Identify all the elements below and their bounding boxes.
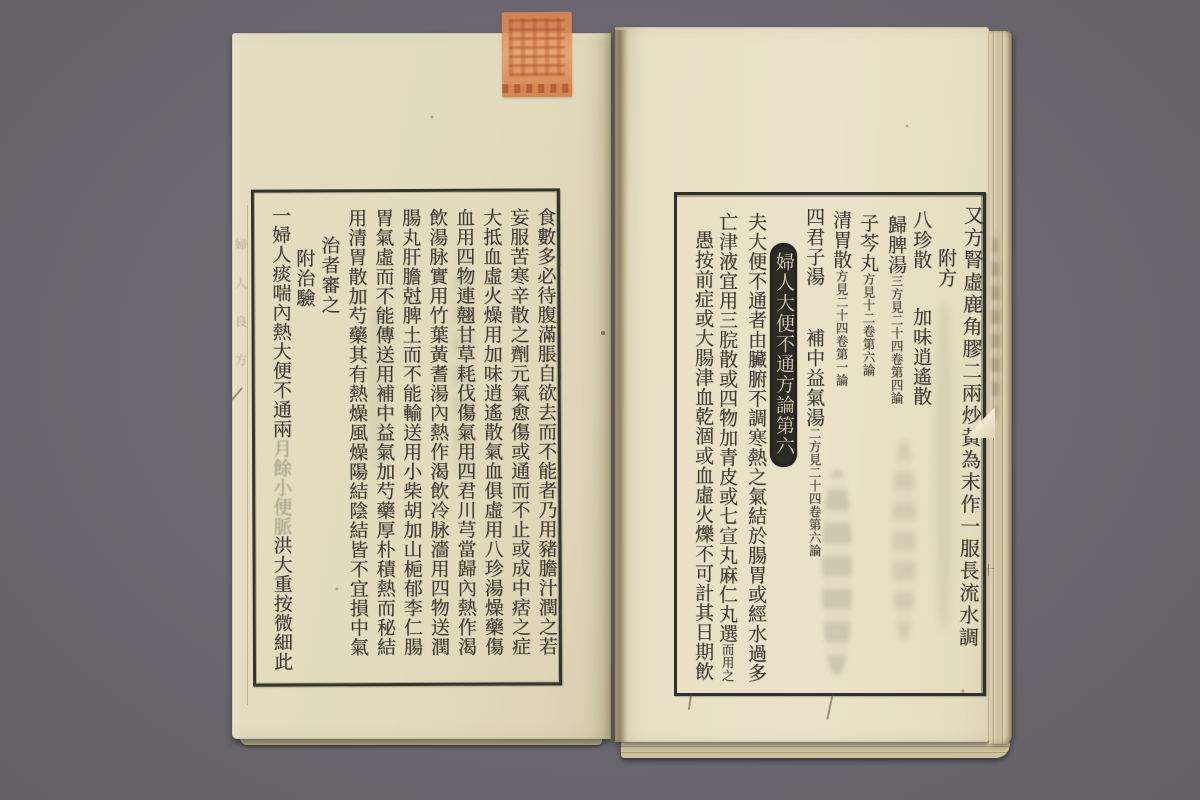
right-page-column-8-title-cartouche: 婦人大便不通方論第六 [770, 243, 797, 467]
right-page-column-2: 附方 [935, 248, 956, 288]
column-text: 子芩丸 [857, 213, 879, 272]
column-text: 腸丸肝膽尅脾土而不能輸送用小柴胡加山梔郁李仁腸 [399, 208, 423, 657]
column-text: 胃氣虛而不能傳送用補中益氣加芍藥厚朴積熱而秘結 [372, 208, 396, 657]
annotation-text: 二方見二十四卷第六論 [807, 427, 822, 557]
column-text: 婦人大便不通方論第六 [773, 252, 795, 456]
column-text: 附治驗 [293, 248, 315, 308]
column-text: 洪大重按微細此 [270, 535, 293, 671]
right-page-column-6: 清胃散方見二十四卷第一論 [830, 210, 851, 386]
left-page-column-1: 食數多必待腹滿脹自欲去而不能者乃用豬膽汁潤之若 [534, 207, 556, 656]
column-text: 亡津液宜用三脘散或四物加青皮或七宣丸麻仁丸選 [716, 212, 738, 643]
left-page-column-11: 一婦人痰喘內熱大便不通兩月餘小便脈洪大重按微細此 [269, 206, 292, 672]
column-text: 一婦人痰喘內熱大便不通兩 [269, 206, 292, 439]
column-text: 血用四物連翹甘草耗伐傷氣用四君川芎當歸內熱作渴 [453, 208, 477, 657]
column-text: 歸脾湯 [885, 215, 907, 274]
column-text: 飲湯脉實用竹葉黃耆湯內熱作渴飲冷脉濇用四物送潤 [426, 208, 450, 657]
column-text: 八珍散 [910, 210, 932, 269]
book-photograph: { "scene": { "background_color": "#6b677… [0, 0, 1200, 800]
right-page-column-3: 八珍散加味逍遙散 [910, 210, 931, 406]
column-text: 愚按前症或大腸津血乾涸或血虛火爍不可計其日期飲 [692, 230, 714, 681]
column-text: 補中益氣湯 [803, 328, 825, 427]
column-text: 夫大便不通者由臟腑不調寒熱之氣結於腸胃或經水過多 [745, 212, 767, 682]
column-text: 清胃散 [830, 210, 852, 269]
left-page-column-6: 腸丸肝膽尅脾土而不能輸送用小柴胡加山梔郁李仁腸 [399, 208, 421, 657]
column-text: 食數多必待腹滿脹自欲去而不能者乃用豬膽汁潤之若 [534, 207, 558, 656]
right-page-column-5: 子芩丸方見十二卷第六論 [857, 213, 878, 376]
right-text-block-frame: 又方腎虛鹿角膠二兩炒黃為末作一服長流水調附方八珍散加味逍遙散歸脾湯三方見二十四卷… [674, 192, 986, 696]
left-text-block-frame: 食數多必待腹滿脹自欲去而不能者乃用豬膽汁潤之若妄服苦寒辛散之劑元氣愈傷或通而不止… [251, 188, 562, 686]
right-page-column-11: 愚按前症或大腸津血乾涸或血虛火爍不可計其日期飲 [692, 230, 713, 681]
column-text: 用清胃散加芍藥其有熱燥風燥陽結陰結皆不宜損中氣 [345, 208, 369, 657]
column-text: 妄服苦寒辛散之劑元氣愈傷或通而不止或成中痞之症 [507, 207, 531, 656]
right-page-column-7: 四君子湯補中益氣湯二方見二十四卷第六論 [803, 207, 824, 557]
right-fore-edge-leaf-stack [989, 31, 1012, 744]
left-page-column-10: 附治驗 [294, 248, 315, 307]
annotation-text: 方見二十四卷第一論 [834, 269, 849, 386]
left-page-column-3: 大抵血虛火燥用加味逍遙散氣血俱虛用八珍湯燥藥傷 [480, 208, 502, 657]
seal-script-marks [509, 18, 565, 76]
left-page-column-9: 治者審之 [319, 235, 340, 314]
left-page-column-2: 妄服苦寒辛散之劑元氣愈傷或通而不止或成中痞之症 [507, 207, 529, 656]
collection-seal-label [502, 12, 573, 97]
column-text: 治者審之 [318, 235, 340, 314]
annotation-text: 方見十二卷第六論 [861, 272, 876, 376]
column-text: 附方 [935, 248, 957, 288]
left-page-column-7: 胃氣虛而不能傳送用補中益氣加芍藥厚朴積熱而秘結 [372, 208, 394, 657]
right-page-column-9: 夫大便不通者由臟腑不調寒熱之氣結於腸胃或經水過多 [745, 212, 766, 682]
right-page-column-4: 歸脾湯三方見二十四卷第四論 [885, 215, 906, 404]
annotation-text: 而用之 [720, 643, 735, 682]
paper-specks [0, 0, 2, 2]
column-text: 大抵血虛火燥用加味逍遙散氣血俱虛用八珍湯燥藥傷 [480, 208, 504, 657]
seal-label-band [502, 84, 572, 93]
right-page-bottom-leaf-stack [621, 742, 1010, 758]
left-page-column-8: 用清胃散加芍藥其有熱燥風燥陽結陰結皆不宜損中氣 [345, 208, 367, 657]
left-leaf-edge-line [247, 205, 248, 705]
annotation-text: 三方見二十四卷第四論 [889, 274, 904, 404]
column-text: 加味逍遙散 [910, 307, 932, 406]
right-page-column-10: 亡津液宜用三脘散或四物加青皮或七宣丸麻仁丸選而用之 [716, 212, 737, 682]
column-text: 四君子湯 [803, 207, 825, 286]
left-page-column-5: 飲湯脉實用竹葉黃耆湯內熱作渴飲冷脉濇用四物送潤 [426, 208, 448, 657]
left-page-column-4: 血用四物連翹甘草耗伐傷氣用四君川芎當歸內熱作渴 [453, 208, 475, 657]
column-text: 月餘小便脈 [270, 438, 292, 535]
